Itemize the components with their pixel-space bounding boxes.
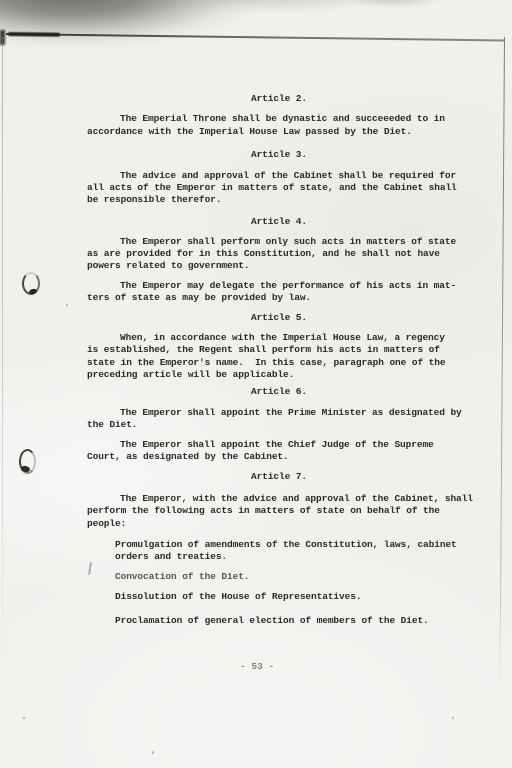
paragraph: The advice and approval of the Cabinet s… xyxy=(87,170,471,207)
text-line: Proclamation of general election of memb… xyxy=(115,615,471,627)
text-line: The Emperor may delegate the performance… xyxy=(87,280,471,292)
rule-left-blob xyxy=(8,32,60,37)
text-line: all acts of the Emperor in matters of st… xyxy=(87,182,471,194)
text-line: The Emperor shall appoint the Prime Mini… xyxy=(87,407,471,419)
paragraph: The Emperor shall perform only such acts… xyxy=(87,236,471,273)
paper-speck xyxy=(152,751,154,754)
text-line: The Emperor shall appoint the Chief Judg… xyxy=(87,439,471,451)
text-line: state in the Emperor's name. In this cas… xyxy=(87,357,471,369)
text-line: orders and treaties. xyxy=(115,551,471,563)
paper-speck xyxy=(452,717,454,719)
punch-hole-mark-1 xyxy=(22,272,40,295)
text-line: people: xyxy=(87,518,471,530)
photocopy-smudge-top-right xyxy=(340,0,450,10)
text-line: The advice and approval of the Cabinet s… xyxy=(87,170,471,182)
paragraph: The Emperor, with the advice and approva… xyxy=(87,493,471,530)
paper-speck xyxy=(23,717,25,719)
page-left-edge-line xyxy=(2,36,3,686)
text-line: The Emperor shall perform only such acts… xyxy=(87,236,471,248)
text-line: Convocation of the Diet. xyxy=(115,571,471,583)
punch-hole-mark-2 xyxy=(19,449,36,474)
text-line: Dissolution of the House of Representati… xyxy=(115,591,471,603)
article-heading: Article 2. xyxy=(87,93,471,105)
text-line: accordance with the Imperial House Law p… xyxy=(87,126,471,138)
article-heading: Article 7. xyxy=(87,471,471,483)
article-heading: Article 5. xyxy=(87,312,471,324)
list-item: Convocation of the Diet. xyxy=(87,571,471,583)
text-line: Promulgation of amendments of the Consti… xyxy=(115,539,471,551)
document-page: Article 2. The Emperial Throne shall be … xyxy=(0,0,512,768)
page-number: - 53 - xyxy=(240,661,274,672)
paragraph: The Emperor shall appoint the Prime Mini… xyxy=(87,407,471,432)
article-heading: Article 4. xyxy=(87,216,471,228)
article-heading: Article 6. xyxy=(87,386,471,398)
text-line: ters of state as may be provided by law. xyxy=(87,292,471,304)
text-line: The Emperial Throne shall be dynastic an… xyxy=(87,113,471,125)
paragraph: When, in accordance with the Imperial Ho… xyxy=(87,332,471,381)
paragraph: The Emperial Throne shall be dynastic an… xyxy=(87,113,471,138)
article-heading: Article 3. xyxy=(87,149,471,161)
text-line: preceding article will be applicable. xyxy=(87,369,471,381)
page-right-edge-line xyxy=(499,37,505,692)
text-line: The Emperor, with the advice and approva… xyxy=(87,493,471,505)
list-item: Proclamation of general election of memb… xyxy=(87,615,471,627)
text-line: be responsible therefor. xyxy=(87,194,471,206)
paragraph: The Emperor may delegate the performance… xyxy=(87,280,471,305)
text-line: Court, as designated by the Cabinet. xyxy=(87,451,471,463)
list-item: Dissolution of the House of Representati… xyxy=(87,591,471,603)
text-line: the Diet. xyxy=(87,419,471,431)
text-line: is established, the Regent shall perform… xyxy=(87,344,471,356)
list-item: Promulgation of amendments of the Consti… xyxy=(87,539,471,564)
text-line: as are provided for in this Constitution… xyxy=(87,248,471,260)
paragraph: The Emperor shall appoint the Chief Judg… xyxy=(87,439,471,464)
text-line: powers related to government. xyxy=(87,260,471,272)
text-line: When, in accordance with the Imperial Ho… xyxy=(87,332,471,344)
text-line: perform the following acts in matters of… xyxy=(87,505,471,517)
typewritten-text-column: Article 2. The Emperial Throne shall be … xyxy=(87,93,471,628)
paper-speck xyxy=(66,304,68,306)
